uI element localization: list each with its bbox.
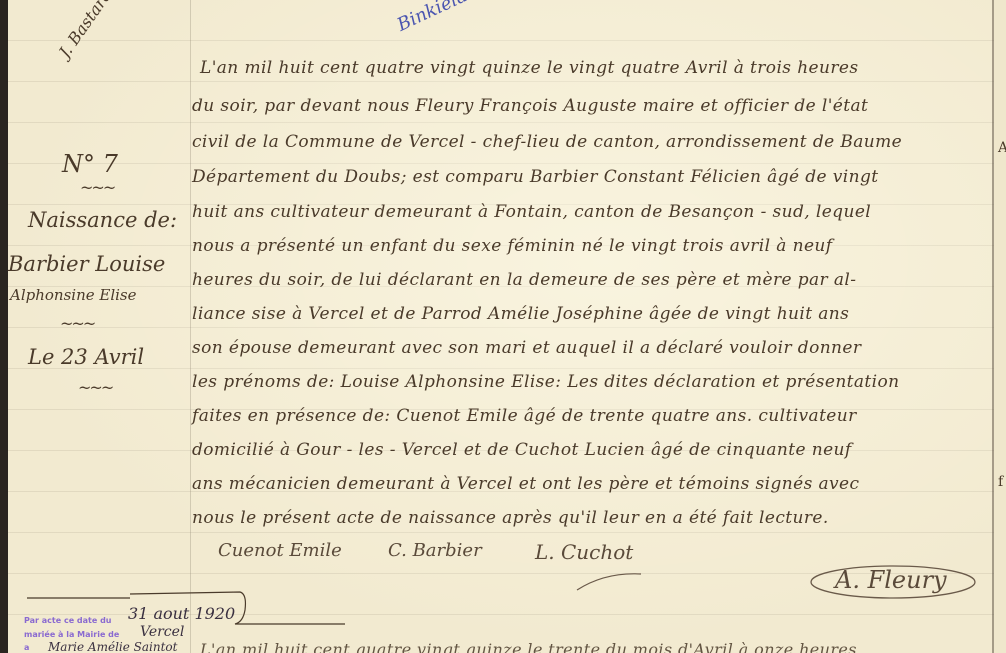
margin-birth-date: Le 23 Avril	[28, 345, 144, 369]
marriage-spouse: Marie Amélie Saintot	[48, 640, 177, 653]
right-margin-fragment: f	[998, 474, 1003, 490]
signature-father-barbier: C. Barbier	[388, 540, 482, 561]
adjacent-page-strip	[994, 0, 1006, 653]
body-line: Département du Doubs; est comparu Barbie…	[192, 167, 879, 187]
body-line: huit ans cultivateur demeurant à Fontain…	[192, 202, 871, 222]
marriage-date: 31 aout 1920	[128, 604, 235, 623]
margin-child-surname-name: Barbier Louise	[8, 252, 165, 276]
signature-flourish	[575, 570, 645, 592]
marriage-place: Vercel	[140, 624, 184, 640]
stamp-line-2: mariée à la Mairie de	[24, 630, 119, 639]
body-line: ans mécanicien demeurant à Vercel et ont…	[192, 474, 859, 494]
divider-squiggle: ~~~	[78, 378, 112, 397]
signature-witness-cuchot: L. Cuchot	[535, 540, 633, 564]
margin-heading: Naissance de:	[28, 208, 177, 232]
register-page: Binkiela J. Bastard N° 7 ~~~ Naissance d…	[0, 0, 1006, 653]
body-line: nous a présenté un enfant du sexe fémini…	[192, 236, 832, 256]
page-binding-edge	[0, 0, 8, 653]
body-line: son épouse demeurant avec son mari et au…	[192, 338, 861, 358]
body-line: du soir, par devant nous Fleury François…	[192, 96, 868, 116]
signature-witness-cuenot: Cuenot Emile	[218, 540, 342, 561]
body-line: liance sise à Vercel et de Parrod Amélie…	[192, 304, 849, 324]
body-line: les prénoms de: Louise Alphonsine Elise:…	[192, 372, 900, 392]
body-line: nous le présent acte de naissance après …	[192, 508, 829, 528]
divider-squiggle: ~~~	[60, 314, 94, 333]
stamp-line-1: Par acte ce date du	[24, 616, 112, 625]
mayor-signature-flourish	[808, 556, 983, 616]
margin-rule	[190, 0, 191, 653]
margin-child-given-names: Alphonsine Elise	[10, 286, 137, 304]
next-entry-partial-line: L'an mil huit cent quatre vingt quinze l…	[200, 640, 857, 653]
right-margin-fragment: A	[998, 140, 1006, 156]
blue-ink-signature: Binkiela	[394, 0, 470, 36]
body-line: faites en présence de: Cuenot Emile âgé …	[192, 406, 857, 426]
body-line: L'an mil huit cent quatre vingt quinze l…	[200, 58, 858, 78]
body-line: domicilié à Gour - les - Vercel et de Cu…	[192, 440, 852, 460]
stamp-line-3: a	[24, 643, 29, 652]
divider-squiggle: ~~~	[80, 178, 114, 197]
entry-number: N° 7	[62, 150, 118, 178]
body-line: civil de la Commune de Vercel - chef-lie…	[192, 132, 902, 152]
body-line: heures du soir, de lui déclarant en la d…	[192, 270, 856, 290]
margin-signature-bastard: J. Bastard	[55, 0, 116, 61]
